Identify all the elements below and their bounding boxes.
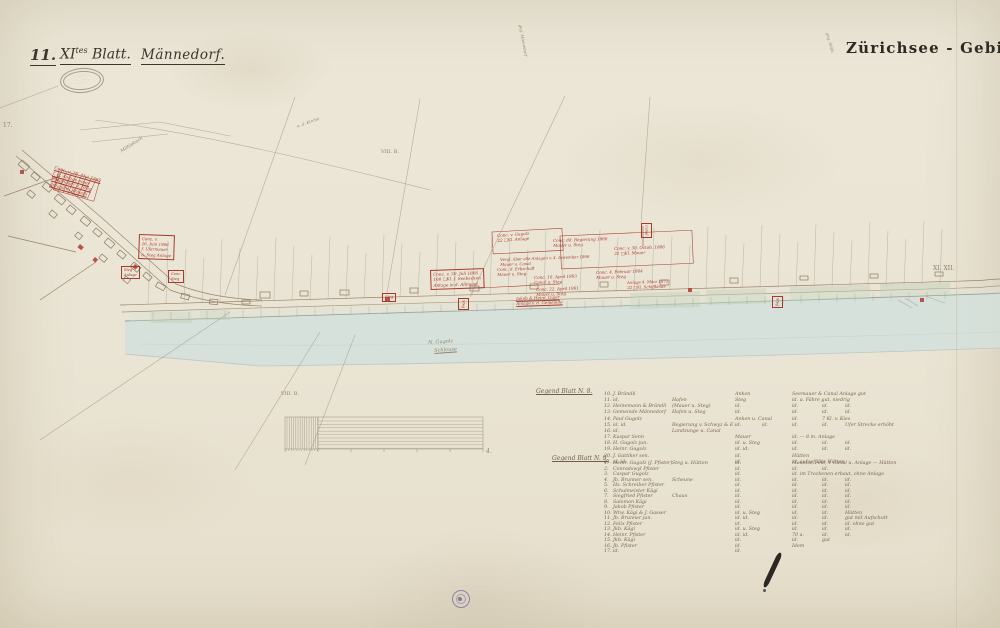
table-cell: id. — [792, 441, 798, 446]
table-cell: id. — [613, 429, 619, 434]
table-cell: id. — [613, 549, 619, 554]
sheet-word: Blatt. — [88, 47, 131, 63]
table-cell: Jb. Brunner sen. — [613, 478, 653, 483]
table-cell: id. — [822, 527, 828, 532]
table-cell: id. — [735, 549, 741, 554]
table-cell: Idem — [792, 544, 804, 549]
table-cell: Regierung v. Schwyz & E. — [672, 423, 735, 428]
table-cell: 6. — [604, 489, 609, 494]
table-cell: Wtw. Kägi & J. Gasser — [613, 511, 666, 516]
table-cell: id. — [735, 423, 741, 428]
table-cell: id. u. Steg — [735, 511, 760, 516]
table-cell: 12. — [604, 522, 612, 527]
red-annotation-line: Anlage — [124, 273, 137, 278]
table-cell: 14. — [604, 533, 612, 538]
table-cell: 13. — [604, 527, 612, 532]
red-concession-annotation: Conc. 10. April 1863Canal u. Steg — [534, 274, 577, 286]
table-cell: id. — 8 m. Anlage — [792, 435, 835, 440]
table-cell: Steg — [735, 398, 746, 403]
table-cell: 11. — [604, 516, 612, 521]
table-cell: 4. — [604, 478, 609, 483]
red-concession-annotation: Canal — [641, 223, 652, 238]
table-cell: id. — [792, 505, 798, 510]
table-cell: id. — [792, 404, 798, 409]
red-annotation-line: u. Steg Anlage — [141, 252, 171, 258]
table-cell: id. — [792, 467, 798, 472]
table-cell: id. u. Steg — [735, 527, 760, 532]
table-cell: id. — [822, 533, 828, 538]
table-cell: id. u. Steg — [735, 441, 760, 446]
table-cell: Salomon Kägi — [613, 500, 647, 505]
red-annotation-line: Steg — [775, 298, 780, 306]
pencil-label: 4. — [486, 448, 492, 455]
pencil-label: 17. — [3, 122, 13, 129]
table-cell: Hs. Schreiber Pfister — [613, 483, 664, 488]
table-cell: gut — [822, 538, 830, 543]
table-cell: 70 a. — [792, 533, 804, 538]
table-cell: 16. — [604, 429, 612, 434]
table-cell: id. — [735, 489, 741, 494]
table-cell: Landzunge u. Canal — [672, 429, 721, 434]
red-concession-annotation: Conc. v. 30. Octob. 186622 □Kl. Mauer — [614, 244, 665, 256]
table-cell: id. — [845, 441, 851, 446]
table-cell: Steg u. Hütten — [672, 461, 708, 466]
place-name: Männedorf. — [141, 47, 225, 65]
table-cell: Conradswyl Pfister — [613, 467, 659, 472]
table-cell: id. — [735, 505, 741, 510]
table-cell: id. — [845, 478, 851, 483]
table-cell: J. Brändli — [613, 392, 636, 397]
table-cell: id. — [735, 472, 741, 477]
table-cell: id. — [735, 461, 741, 466]
red-annotation-line: Canal — [644, 225, 649, 236]
table-cell: id. — [613, 398, 619, 403]
table-cell: 10. — [604, 511, 612, 516]
table-cell: Mauer v. Feld, 1 Canal u. Anlage — Hütte… — [792, 461, 896, 466]
table-cell: id. ohne gut — [845, 522, 874, 527]
red-concession-annotation: Steg — [382, 293, 396, 302]
table-cell: 3. — [604, 472, 609, 477]
table-cell: Mauer — [735, 435, 751, 440]
table-section-header: Gegend Blatt N. 9. — [552, 455, 608, 462]
table-cell: id. — [822, 478, 828, 483]
table-cell: J. Gattiker sen. — [613, 454, 649, 459]
table-cell: Kaspar Senn — [613, 435, 644, 440]
profile-chart — [285, 417, 483, 452]
red-annotation-line: Steg — [385, 295, 393, 300]
table-cell: id. — [735, 467, 741, 472]
red-annotation-line: Steg — [461, 300, 466, 308]
table-cell: id. — [845, 533, 851, 538]
table-cell: id. id. — [735, 533, 749, 538]
sheet-title: XItes Blatt. — [60, 46, 131, 65]
table-cell: id. — [822, 404, 828, 409]
table-cell: id. — [792, 417, 798, 422]
table-cell: id. — [845, 447, 851, 452]
table-cell: 19. — [604, 447, 612, 452]
sheet-ordinal: tes — [76, 46, 88, 55]
table-cell: Seemauer & Canal Anlage gut — [792, 392, 866, 397]
red-concession-annotation: Conc. v.26. Juni 1866f. Ufermaueru. Steg… — [138, 234, 175, 260]
red-concession-annotation: Conc.Steg — [168, 270, 184, 283]
table-cell: id. — [845, 489, 851, 494]
round-purple-stamp — [452, 590, 470, 608]
table-cell: id. — [845, 404, 851, 409]
table-cell: Gemeinde Männedorf — [613, 410, 666, 415]
paper-fold-line — [956, 0, 958, 628]
table-cell: 9. — [604, 505, 609, 510]
table-cell: Jkb. Kägi — [613, 538, 635, 543]
table-cell: 16. — [604, 544, 612, 549]
table-cell: id. — [845, 410, 851, 415]
table-cell: Heinr. Gugolz — [613, 447, 646, 452]
table-cell: Heinemann & Brändli — [613, 404, 666, 409]
table-cell: id. — [792, 500, 798, 505]
table-cell: id. — [735, 404, 741, 409]
table-cell: id. — [792, 489, 798, 494]
table-cell: id. — [792, 538, 798, 543]
table-cell: 17. — [604, 435, 612, 440]
table-cell: id. — [822, 500, 828, 505]
pencil-label: VIII. B. — [381, 149, 399, 155]
table-cell: id. — [735, 544, 741, 549]
table-cell: id. — [822, 447, 828, 452]
table-cell: id. — [735, 500, 741, 505]
table-cell: id. — [792, 447, 798, 452]
table-cell: 11. — [604, 398, 612, 403]
table-cell: Hafen — [672, 398, 687, 403]
table-cell: Caspar Gugolz — [613, 472, 649, 477]
table-cell: id. — [792, 423, 798, 428]
table-cell: id. — [792, 516, 798, 521]
table-cell: id. id. — [735, 447, 749, 452]
red-concession-annotation: Anlage 4. März 187222 □Kl. Schifflände — [627, 279, 669, 291]
red-concession-annotation: Steg — [772, 296, 783, 308]
table-cell: id. — [822, 511, 828, 516]
table-cell: id. — [822, 483, 828, 488]
table-cell: Jb. Pfister — [613, 544, 637, 549]
table-cell: 18. — [604, 441, 612, 446]
table-cell: id. — [735, 483, 741, 488]
table-cell: Anken u. Canal — [735, 417, 772, 422]
table-cell: Schulmeister Kägi — [613, 489, 658, 494]
table-cell: Felix Pfister — [613, 522, 642, 527]
red-annotation-line: Steg — [171, 277, 181, 282]
table-cell: 10. — [604, 392, 612, 397]
table-cell: id. u. Fähre gut, niedrig — [792, 398, 850, 403]
table-cell: id. — [792, 511, 798, 516]
table-cell: Chaus — [672, 494, 687, 499]
red-annotation-line: Conc. — [171, 272, 181, 277]
table-cell: id. im Trockenen erbaut, ohne Anlage — [792, 472, 884, 477]
table-cell: id. — [792, 527, 798, 532]
red-concession-annotation: Jakob & Heinr. GujerAnlage v. d. Gemeind… — [516, 294, 563, 306]
table-cell: id. — [822, 441, 828, 446]
red-concession-annotation: StegAnlage — [121, 266, 140, 279]
table-cell: id. — [822, 410, 828, 415]
table-cell: Hütten — [792, 454, 809, 459]
pencil-label: VIII. B. — [281, 391, 299, 397]
table-cell: id. — [845, 494, 851, 499]
table-cell: id. — [792, 478, 798, 483]
table-cell: 1. — [604, 461, 609, 466]
sheet-roman: XI — [60, 47, 76, 63]
table-cell: id. id. — [613, 423, 627, 428]
table-cell: Jb. Brunner jun. — [613, 516, 652, 521]
red-concession-annotation: Steg — [458, 298, 469, 310]
table-cell: 2. — [604, 467, 609, 472]
table-cell: id. — [735, 478, 741, 483]
region-name: Zürichsee - Gebiet — [846, 39, 1000, 57]
table-cell: Heinr. Gugolz (J. Pfister) — [613, 461, 672, 466]
table-cell: id. — [822, 494, 828, 499]
table-cell: id. — [845, 527, 851, 532]
table-cell: id. — [822, 505, 828, 510]
table-cell: 15. — [604, 538, 612, 543]
table-cell: id. — [822, 522, 828, 527]
table-cell: id. — [845, 505, 851, 510]
table-cell: id. — [845, 483, 851, 488]
stamp-line: ·········· — [74, 78, 90, 83]
table-cell: id. — [792, 494, 798, 499]
table-cell: 8. — [604, 500, 609, 505]
sheet-number: 11. — [30, 46, 56, 66]
table-cell: id. — [822, 423, 828, 428]
table-cell: id. — [792, 522, 798, 527]
table-cell: 15. — [604, 423, 612, 428]
table-cell: 17. — [604, 549, 612, 554]
village-street — [4, 150, 262, 306]
red-concession-annotation: Conc. v. 30. Juli 1866100 □Kl. f. Seebec… — [430, 268, 484, 290]
table-cell: id. — [735, 522, 741, 527]
table-cell: (Mauer u. Steg) — [672, 404, 711, 409]
table-cell: id. — [735, 410, 741, 415]
table-cell: 13. — [604, 410, 612, 415]
table-cell: id. id. — [735, 516, 749, 521]
table-cell: 7 Kl. v. Kies — [822, 417, 850, 422]
table-cell: 14. — [604, 417, 612, 422]
table-cell: id. — [845, 500, 851, 505]
table-cell: Heinr. Pfister — [613, 533, 645, 538]
red-concession-annotation: Conc. v. Gugolz22 □Kl. Anlage — [497, 231, 530, 244]
table-cell: Anken — [735, 392, 750, 397]
table-cell: 5. — [604, 483, 609, 488]
red-concession-annotation: Conc. d. ErbschaftMauer u. Steg — [497, 266, 535, 278]
table-cell: Siegfried Pfister — [613, 494, 653, 499]
table-cell: Scheune — [672, 478, 693, 483]
table-cell: Jkb. Kägi — [613, 527, 635, 532]
table-cell: id. — [792, 483, 798, 488]
table-cell: H. Gugolz jun. — [613, 441, 648, 446]
table-cell: Hütten — [845, 511, 862, 516]
table-cell: Paul Gugolz — [613, 417, 642, 422]
table-cell: id. — [822, 516, 828, 521]
table-cell: id. — [822, 489, 828, 494]
table-cell: Jakob Pfister — [613, 505, 644, 510]
red-annotation-line: Anlage in d. Allmend — [433, 281, 481, 288]
map-sheet: 11. XItes Blatt. Männedorf. Zürichsee - … — [0, 0, 1000, 628]
ink-dot — [763, 589, 766, 592]
pencil-label: XI. XII. — [933, 265, 954, 272]
table-cell: Hafen u. Steg — [672, 410, 706, 415]
table-cell: 7. — [604, 494, 609, 499]
red-concession-annotation: Conc. dd. Regierung 1866Mauer u. Steg — [553, 236, 608, 249]
table-cell: 12. — [604, 404, 612, 409]
table-cell: Ufer Strecke erhöht — [845, 423, 894, 428]
table-cell: gut mit Aufschutt — [845, 516, 888, 521]
table-cell: id. — [762, 423, 768, 428]
stamp-line: ······· — [76, 74, 87, 79]
region-title: Zürichsee - Gebiet No 2. — [846, 36, 1000, 58]
table-cell: id. — [735, 494, 741, 499]
table-cell: id. — [735, 538, 741, 543]
table-cell: id. — [735, 454, 741, 459]
table-section-header: Gegend Blatt N. 8. — [536, 388, 592, 395]
stamp-line: ······ — [77, 82, 87, 87]
table-cell: id. — [792, 410, 798, 415]
table-cell: id. — [822, 467, 828, 472]
